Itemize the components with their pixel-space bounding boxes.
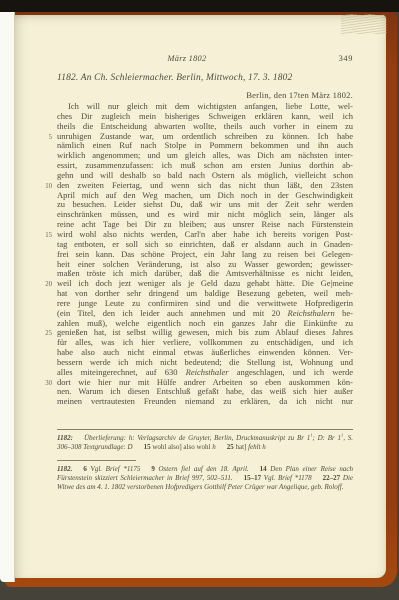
- text-segment: Überlieferung: h: Verlagsarchiv de Gruyt…: [84, 434, 310, 442]
- text-column: März 1802 349 1182. An Ch. Schleiermache…: [57, 54, 353, 492]
- running-header: März 1802 349: [57, 54, 353, 66]
- text-segment: ; D: Br 1: [312, 434, 341, 442]
- text-segment: fehlt h: [248, 443, 266, 451]
- text-segment: Vgl. Brief *1178: [261, 474, 312, 482]
- text-segment: Vgl. Brief *1175: [87, 465, 140, 473]
- text-segment: Reichsthaler: [186, 367, 229, 377]
- text-segment: nämlich einen Ruf nach Stolpe in Pommern…: [57, 140, 353, 150]
- text-segment: Ich will nur gleich mit dem wichtigsten …: [68, 101, 353, 111]
- apparatus-variants-text: 1182:Überlieferung: h: Verlagsarchiv de …: [57, 434, 353, 452]
- scan-background-top: [0, 0, 399, 12]
- text-segment: essirt, zusammenzufassen: ich muß schon …: [57, 160, 353, 170]
- letter-dateline: Berlin, den 17ten März 1802.: [57, 90, 353, 100]
- running-title: März 1802: [39, 54, 335, 63]
- text-segment: April mich auf den Weg machen, um Dich n…: [57, 190, 353, 200]
- text-segment: für alles, was ich hier verliere, vollko…: [57, 337, 353, 347]
- text-segment: reine acht Tage bei Dir zu bleiben; aus …: [57, 219, 353, 229]
- text-segment: h: [212, 443, 216, 451]
- text-segment: alles miteingerechnet, auf 630: [57, 367, 186, 377]
- text-segment: 25: [227, 443, 234, 451]
- text-segment: habe also auch nicht einmal etwas äußerl…: [57, 347, 353, 357]
- letter-heading: 1182. An Ch. Schleiermacher. Berlin, Mit…: [57, 73, 353, 83]
- line-number: 30: [36, 379, 52, 389]
- letter-body: Ich will nur gleich mit dem wichtigsten …: [57, 102, 353, 407]
- body-line: meinen vertrautesten Freunden niemand zu…: [57, 397, 353, 407]
- text-segment: Ostern fiel auf den 18. April.: [155, 465, 249, 473]
- line-number: 10: [36, 182, 52, 192]
- text-segment: unruhigen Zustande war, um ordentlich sc…: [57, 131, 353, 141]
- text-segment: hat von dorther sehr dringend um baldige…: [57, 288, 353, 298]
- text-segment: wirklich angenommen; und um gleich alles…: [57, 150, 353, 160]
- text-segment: maßen tröste ich mich darüber, daß die A…: [57, 268, 353, 278]
- text-segment: 22–27: [323, 474, 341, 482]
- text-segment: zahlen muß), welche eigentlich noch ein …: [57, 318, 353, 328]
- line-number: 5: [36, 133, 52, 143]
- text-segment: den zweiten Feiertag, und wenn sich das …: [57, 180, 353, 190]
- text-segment: genießen hat, ist selbst willig gewesen,…: [57, 327, 353, 337]
- text-segment: 1182:: [57, 434, 73, 442]
- text-segment: bessern werde ich mich nicht bedeutend; …: [57, 357, 353, 367]
- text-segment: hat]: [234, 443, 248, 451]
- apparatus-commentary-text: 1182.6 Vgl. Brief *11759 Ostern fiel auf…: [57, 465, 353, 493]
- text-segment: (ein Titel, den ich leider auch annehmen…: [57, 308, 288, 318]
- text-segment: heit einer solchen Veränderung, ist also…: [57, 259, 353, 269]
- text-segment: be-: [335, 308, 353, 318]
- text-segment: wird wohl also nichts werden, Carl'n abe…: [57, 229, 353, 239]
- text-segment: tag entboten, er soll sich so einrichten…: [57, 239, 353, 249]
- book-scan: März 1802 349 1182. An Ch. Schleiermache…: [0, 0, 399, 600]
- text-segment: 15–17: [244, 474, 262, 482]
- text-segment: wohl also] also wohl: [151, 443, 213, 451]
- apparatus-rule: [57, 429, 353, 430]
- text-segment: 14: [260, 465, 267, 473]
- text-segment: nen. Warum ich diesen Entschluß gefaßt h…: [57, 386, 353, 396]
- text-segment: weil ich doch jezt weniger als je Geld d…: [57, 278, 353, 288]
- text-segment: gehn und will deshalb so bald nach Oster…: [57, 170, 353, 180]
- text-segment: meinen vertrautesten Freunden niemand zu…: [57, 396, 353, 406]
- text-segment: rere junge Leute zu confirmiren sind und…: [57, 298, 353, 308]
- text-segment: ches Dir zugleich mein bisheriges Schwei…: [57, 111, 353, 121]
- line-number: 15: [36, 231, 52, 241]
- line-number: 20: [36, 280, 52, 290]
- line-number: 25: [36, 329, 52, 339]
- adjacent-page-edge: [0, 5, 15, 582]
- text-segment: einschränken müssen, und es wird mir nic…: [57, 209, 353, 219]
- page-stack-edge: [341, 14, 387, 34]
- text-segment: 1182.: [57, 465, 72, 473]
- text-segment: zu besuchen. Leider siehst Du, daß wir u…: [57, 199, 353, 209]
- text-segment: dort wie hier nur mit Hülfe andrer Arbei…: [57, 377, 353, 387]
- text-segment: 15: [144, 443, 151, 451]
- page-number: 349: [339, 54, 353, 63]
- text-segment: frei sein kann. Das schöne Project, ein …: [57, 249, 353, 259]
- text-segment: Reichsthalern: [288, 308, 335, 318]
- commentary-rule: [57, 460, 136, 461]
- text-segment: theils die Entscheidung abwarten wollte,…: [57, 121, 353, 131]
- text-segment: angeschlagen, und ich werde: [229, 367, 353, 377]
